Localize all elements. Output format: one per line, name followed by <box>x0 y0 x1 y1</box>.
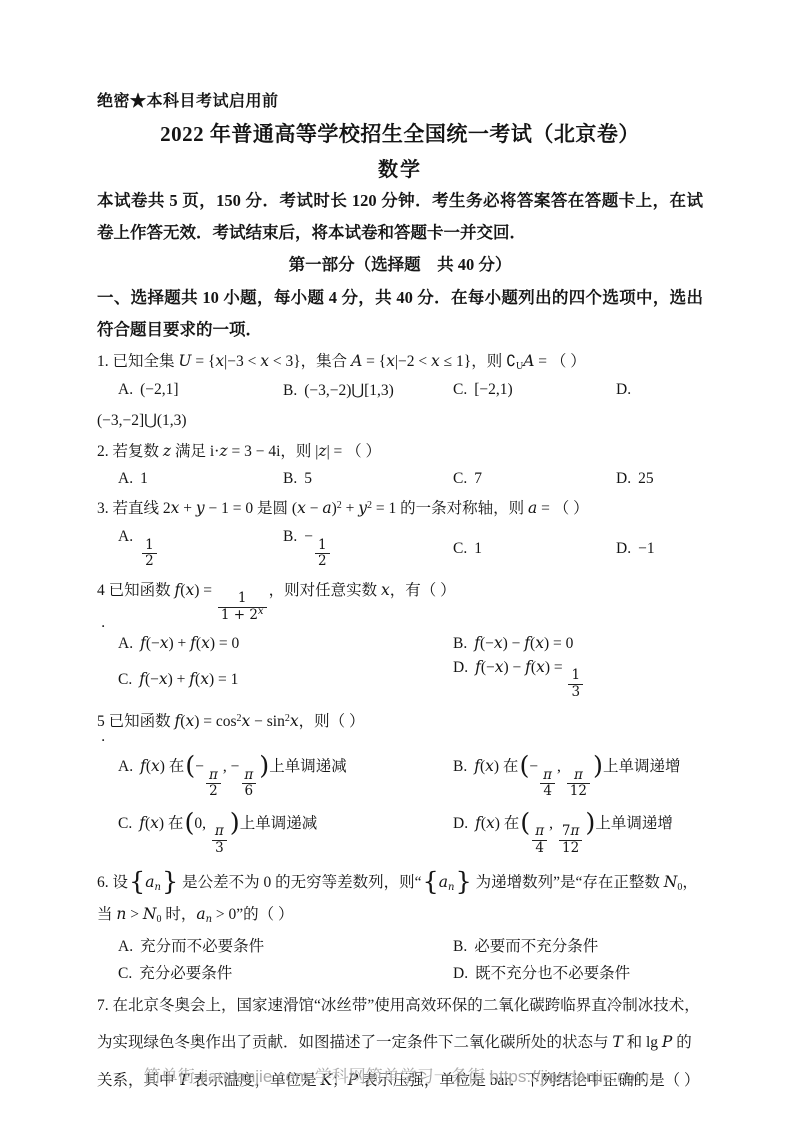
text-run: (− <box>145 671 159 688</box>
text-run: ) = 1 <box>209 671 238 688</box>
option: B.−12 <box>283 528 453 569</box>
text-run: 是公差不为 0 的无穷等差数列，则“ <box>178 874 421 891</box>
text-run: 12 <box>562 840 579 856</box>
math-variable: z <box>163 442 171 460</box>
big-delimiter: ) <box>592 751 603 781</box>
option: A.(−2,1] <box>118 381 283 399</box>
option: B.5 <box>283 470 453 488</box>
text-run: 时， <box>161 906 196 923</box>
text-run: ) = 0 <box>544 635 573 652</box>
fraction: 12 <box>142 538 157 570</box>
option-label: A. <box>118 381 133 398</box>
text-run: [−2,1) <box>474 381 512 398</box>
text-run: |−2 < <box>395 353 431 370</box>
text-run: (− <box>481 659 495 676</box>
text-run: 1 <box>318 537 327 553</box>
question-1: 1. 已知全集 U = {x|−3 < x < 3}，集合 A = {x|−2 … <box>97 346 703 436</box>
big-delimiter: ( <box>184 751 195 781</box>
option-label: B. <box>283 470 297 487</box>
fraction: π4 <box>540 768 555 800</box>
option: D.f(−x) − f(x) = 13 <box>453 658 703 700</box>
text-run: 4 <box>543 783 552 799</box>
math-variable: π <box>535 823 544 839</box>
option-label: A. <box>118 635 133 652</box>
option-label: D. <box>616 540 631 557</box>
math-variable: x <box>151 757 160 775</box>
denominator: 2 <box>142 553 157 570</box>
numerator: 1 <box>142 538 157 554</box>
option-label: B. <box>453 938 467 955</box>
big-delimiter: } <box>454 867 471 897</box>
text-run: − <box>195 758 204 775</box>
text-run: 5 已知函数 <box>97 713 175 730</box>
math-variable: x <box>150 814 159 832</box>
text-run: 1. 已知全集 <box>97 353 178 370</box>
math-variable: x <box>290 712 299 730</box>
option: B.(−3,−2)⋃[1,3) <box>283 381 453 400</box>
math-variable: A <box>523 352 534 370</box>
option-label: D. <box>616 381 631 398</box>
text-run: (−3,−2)⋃[1,3) <box>304 382 394 399</box>
big-delimiter: ( <box>183 808 194 838</box>
denominator: 4 <box>540 783 555 800</box>
question-2: 2. 若复数 z 满足 i⋅z = 3 − 4i，则 |z| = （ ）A.1B… <box>97 436 703 489</box>
denominator: 3 <box>568 684 583 701</box>
text-run: 既不充分也不必要条件 <box>475 965 630 982</box>
math-variable: U <box>178 352 191 370</box>
text-run: ) = <box>545 659 567 676</box>
text-run: − sin <box>250 713 285 730</box>
math-variable: a <box>145 873 154 891</box>
math-variable: x <box>260 352 269 370</box>
question-3: 3. 若直线 2x + y − 1 = 0 是圆 (x − a)2 + y2 =… <box>97 493 703 569</box>
option-label: A. <box>118 758 133 775</box>
math-variable: x <box>535 634 544 652</box>
math-variable: P <box>662 1033 672 1051</box>
text-run: > <box>126 906 143 923</box>
text-run: 上单调递增 <box>603 758 681 775</box>
option: D. <box>616 381 703 399</box>
math-variable: N <box>664 873 678 891</box>
math-variable: a <box>322 499 331 517</box>
text-run: 2 <box>145 553 154 569</box>
fraction: 11 + 2x <box>218 591 267 623</box>
text-run: 1 <box>140 470 148 487</box>
denominator: 6 <box>242 783 257 800</box>
math-variable: π <box>209 767 218 783</box>
section-title: 第一部分（选择题 共 40 分） <box>97 249 703 281</box>
text-run: + <box>342 500 359 517</box>
big-delimiter: ( <box>518 751 529 781</box>
text-run: ． <box>101 616 115 631</box>
option: C.充分必要条件 <box>118 961 453 983</box>
text-run: ) 在 <box>494 758 519 775</box>
option: C.f(−x) + f(x) = 1 <box>118 670 453 689</box>
big-delimiter: } <box>161 867 178 897</box>
option: A.f(x) 在(−π2, −π6)上单调递减 <box>118 754 453 799</box>
text-run: > 0”的（ ） <box>212 906 294 923</box>
text-run: 25 <box>638 470 654 487</box>
text-run: 5 <box>304 470 312 487</box>
question-6: 6. 设{an} 是公差不为 0 的无穷等差数列，则“{an} 为递增数列”是“… <box>97 867 703 983</box>
numerator: π <box>241 768 256 784</box>
math-variable: x <box>486 814 495 832</box>
text-run: 和 lg <box>623 1034 662 1051</box>
options-row: A.充分而不必要条件B.必要而不充分条件 <box>97 934 703 956</box>
math-variable: A <box>351 352 362 370</box>
text-run: ) 在 <box>160 758 185 775</box>
math-variable: x <box>159 670 168 688</box>
text-run: ，则（ ） <box>299 713 365 730</box>
numerator: π <box>571 768 586 784</box>
text-run: , <box>557 758 565 775</box>
option: D.既不充分也不必要条件 <box>453 961 703 983</box>
option: A.f(−x) + f(x) = 0 <box>118 634 453 653</box>
text-run: 3. 若直线 2 <box>97 500 171 517</box>
text-run: 1 <box>145 537 154 553</box>
math-variable: y <box>196 499 205 517</box>
options-row: A.(−2,1]B.(−3,−2)⋃[1,3)C.[−2,1)D. <box>97 381 703 400</box>
text-run: ) 在 <box>495 815 520 832</box>
option: D.f(x) 在(π4, 7π12)上单调递增 <box>453 811 703 856</box>
text-run: 1 + 2 <box>221 607 258 623</box>
denominator: 4 <box>532 840 547 857</box>
math-variable: x <box>386 352 395 370</box>
math-variable: x <box>431 352 440 370</box>
text-run: = 1 的一条对称轴，则 <box>372 500 528 517</box>
big-delimiter: ( <box>519 808 530 838</box>
big-delimiter: ) <box>584 808 595 838</box>
option: B.f(x) 在(−π4, π12)上单调递增 <box>453 754 703 799</box>
text-run: = （ ） <box>537 500 588 517</box>
math-variable: π <box>543 767 552 783</box>
math-variable: a <box>196 905 205 923</box>
option-label: A. <box>118 938 133 955</box>
text-run: , <box>549 815 557 832</box>
text-run: ) − <box>503 659 525 676</box>
option: B.f(−x) − f(x) = 0 <box>453 634 703 653</box>
question-stem: 3. 若直线 2x + y − 1 = 0 是圆 (x − a)2 + y2 =… <box>97 493 703 525</box>
text-run: = { <box>362 353 386 370</box>
text-run: = { <box>191 353 215 370</box>
text-run: (− <box>146 635 160 652</box>
denominator: 12 <box>567 783 590 800</box>
text-run: < 3}，集合 <box>269 353 351 370</box>
text-run: 4 <box>535 840 544 856</box>
numerator: 1 <box>315 538 330 554</box>
numerator: π <box>212 824 227 840</box>
text-run: 充分而不必要条件 <box>140 938 264 955</box>
text-run: ) + <box>168 671 190 688</box>
options-row: A.f(−x) + f(x) = 0B.f(−x) − f(x) = 0 <box>97 634 703 653</box>
question-stem: 1. 已知全集 U = {x|−3 < x < 3}，集合 A = {x|−2 … <box>97 346 703 378</box>
big-delimiter: { <box>422 867 439 897</box>
math-variable: x <box>185 712 194 730</box>
denominator: 3 <box>212 840 227 857</box>
option: B.必要而不充分条件 <box>453 934 703 956</box>
option-continuation: (−3,−2]⋃(1,3) <box>97 405 703 436</box>
options-row: C.充分必要条件D.既不充分也不必要条件 <box>97 961 703 983</box>
math-variable: n <box>116 905 126 923</box>
text-run: 6 <box>245 783 254 799</box>
math-variable: a <box>528 499 537 517</box>
big-delimiter: ) <box>229 808 240 838</box>
fraction: π6 <box>241 768 256 800</box>
text-run: 0, <box>194 815 210 832</box>
text-run: ． <box>101 730 115 745</box>
text-run: − <box>306 500 323 517</box>
option-label: A. <box>118 528 133 545</box>
options-row: A.1B.5C.7D.25 <box>97 470 703 488</box>
option-label: C. <box>453 540 467 557</box>
exam-title: 2022 年普通高等学校招生全国统一考试（北京卷） <box>97 118 703 148</box>
option: D.25 <box>616 470 703 488</box>
text-run: | = （ ） <box>327 443 381 460</box>
numerator: π <box>540 768 555 784</box>
text-run: ，有（ ） <box>390 582 456 599</box>
denominator: 2 <box>206 783 221 800</box>
fraction: π4 <box>532 824 547 856</box>
option-label: B. <box>283 528 297 545</box>
math-variable: x <box>200 670 209 688</box>
denominator: 2 <box>315 553 330 570</box>
math-variable: x <box>536 658 545 676</box>
fraction: π12 <box>567 768 590 800</box>
question-5: 5 已知函数 f(x) = cos2x − sin2x，则（ ）．A.f(x) … <box>97 706 703 857</box>
text-run: ) + <box>168 635 190 652</box>
numerator: π <box>206 768 221 784</box>
text-run: − <box>304 528 313 545</box>
option: A.充分而不必要条件 <box>118 934 453 956</box>
math-variable: π <box>215 823 224 839</box>
section-intro: 一、选择题共 10 小题，每小题 4 分，共 40 分．在每小题列出的四个选项中… <box>97 282 703 346</box>
question-stem: 4 已知函数 f(x) = 11 + 2x，则对任意实数 x，有（ ） <box>97 575 703 623</box>
text-run: 2 <box>209 783 218 799</box>
numerator: π <box>532 824 547 840</box>
math-variable: π <box>574 767 583 783</box>
text-run: 1 <box>571 667 580 683</box>
secrecy-notice: 绝密★本科目考试启用前 <box>97 88 703 111</box>
option-label: B. <box>453 758 467 775</box>
big-delimiter: ) <box>258 751 269 781</box>
text-run: , − <box>223 758 240 775</box>
option: C.f(x) 在(0, π3)上单调递减 <box>118 811 453 856</box>
text-run: ) 在 <box>159 815 184 832</box>
math-variable: x <box>242 712 251 730</box>
option-label: D. <box>453 815 468 832</box>
fraction: π3 <box>212 824 227 856</box>
text-run: 3 <box>215 840 224 856</box>
fraction: 12 <box>315 538 330 570</box>
text-run: 7. 在北京冬奥会上，国家速滑馆“冰丝带”使用高效环保的二氧化碳跨临界直冷制冰技… <box>97 997 700 1051</box>
numerator: 1 <box>568 668 583 684</box>
option: C.[−2,1) <box>453 381 616 399</box>
option-label: B. <box>453 635 467 652</box>
text-run: 满足 i⋅ <box>171 443 219 460</box>
question-stem: 2. 若复数 z 满足 i⋅z = 3 − 4i，则 |z| = （ ） <box>97 436 703 468</box>
option-label: C. <box>118 965 132 982</box>
text-run: + <box>179 500 196 517</box>
option-label: D. <box>453 965 468 982</box>
option-label: A. <box>118 470 133 487</box>
exam-subject: 数学 <box>97 153 703 182</box>
option: C.1 <box>453 540 616 558</box>
text-run: ≤ 1}，则 ∁ <box>440 353 516 370</box>
denominator: 1 + 2x <box>218 607 267 624</box>
option-label: B. <box>283 382 297 399</box>
option-label: C. <box>118 815 132 832</box>
text-run: 3 <box>571 684 580 700</box>
math-variable: y <box>358 499 367 517</box>
text-run: 上单调递增 <box>595 815 673 832</box>
text-run: 1 <box>474 540 482 557</box>
text-run: 7 <box>474 470 482 487</box>
option: C.7 <box>453 470 616 488</box>
watermark-footer: 简单街-jiandanjie.com-学科网简单学习一条街 https://ji… <box>0 1062 793 1087</box>
math-variable: x <box>485 757 494 775</box>
options-row: C.f(−x) + f(x) = 1D.f(−x) − f(x) = 13 <box>97 658 703 700</box>
math-variable: T <box>612 1033 622 1051</box>
option-label: D. <box>453 659 468 676</box>
text-run: − <box>529 758 538 775</box>
option: A.1 <box>118 470 283 488</box>
text-run: (−2,1] <box>140 381 178 398</box>
math-variable: π <box>571 823 580 839</box>
text-run: ) = <box>194 582 216 599</box>
math-variable: x <box>185 581 194 599</box>
math-variable: z <box>219 442 227 460</box>
option-label: C. <box>453 381 467 398</box>
math-variable: x <box>494 634 503 652</box>
math-variable: x <box>297 499 306 517</box>
text-run: 充分必要条件 <box>139 965 232 982</box>
text-run: = 3 − 4i，则 | <box>228 443 319 460</box>
math-variable: x <box>381 581 390 599</box>
options-row: A.f(x) 在(−π2, −π6)上单调递减B.f(x) 在(−π4, π12… <box>97 754 703 799</box>
text-run: 7 <box>562 823 571 839</box>
math-variable: x <box>215 352 224 370</box>
text-run: = （ ） <box>534 353 585 370</box>
text-run: ) = 0 <box>210 635 239 652</box>
text-run: ) = cos <box>194 713 236 730</box>
text-run: 4 已知函数 <box>97 582 175 599</box>
question-4: 4 已知函数 f(x) = 11 + 2x，则对任意实数 x，有（ ）．A.f(… <box>97 575 703 701</box>
superscript: x <box>258 606 264 617</box>
text-run: (− <box>480 635 494 652</box>
text-run: −1 <box>638 540 655 557</box>
option-label: C. <box>118 671 132 688</box>
text-run: ，则对任意实数 <box>269 582 381 599</box>
text-run: − 1 = 0 是圆 ( <box>205 500 297 517</box>
text-run: |−3 < <box>224 353 260 370</box>
exam-instructions: 本试卷共 5 页，150 分．考试时长 120 分钟．考生务必将答案答在答题卡上… <box>97 185 703 249</box>
text-run: 为递增数列”是“存在正整数 <box>472 874 664 891</box>
fraction: 7π12 <box>559 824 582 856</box>
text-run: 上单调递减 <box>269 758 347 775</box>
question-stem: 6. 设{an} 是公差不为 0 的无穷等差数列，则“{an} 为递增数列”是“… <box>97 867 703 931</box>
options-row: A.12B.−12C.1D.−1 <box>97 528 703 569</box>
text-run: ) − <box>503 635 525 652</box>
numerator: 7π <box>559 824 582 840</box>
big-delimiter: { <box>128 867 145 897</box>
text-run: 上单调递减 <box>240 815 318 832</box>
option-label: C. <box>453 470 467 487</box>
fraction: 13 <box>568 668 583 700</box>
fraction: π2 <box>206 768 221 800</box>
math-variable: z <box>318 442 326 460</box>
text-run: 必要而不充分条件 <box>474 938 598 955</box>
exam-page: 绝密★本科目考试启用前 2022 年普通高等学校招生全国统一考试（北京卷） 数学… <box>0 0 793 1099</box>
option: A.12 <box>118 528 283 569</box>
options-row: C.f(x) 在(0, π3)上单调递减D.f(x) 在(π4, 7π12)上单… <box>97 811 703 856</box>
text-run: 12 <box>570 783 587 799</box>
text-run: 6. 设 <box>97 874 128 891</box>
text-run: 1 <box>238 590 247 606</box>
text-run: 2 <box>318 553 327 569</box>
text-run: 2. 若复数 <box>97 443 163 460</box>
math-variable: a <box>439 873 448 891</box>
math-variable: π <box>244 767 253 783</box>
numerator: 1 <box>235 591 250 607</box>
question-list: 1. 已知全集 U = {x|−3 < x < 3}，集合 A = {x|−2 … <box>97 346 703 1099</box>
math-variable: N <box>143 905 157 923</box>
option-label: D. <box>616 470 631 487</box>
denominator: 12 <box>559 840 582 857</box>
option: D.−1 <box>616 540 703 558</box>
text-run: (−3,−2]⋃(1,3) <box>97 412 187 429</box>
math-variable: x <box>201 634 210 652</box>
